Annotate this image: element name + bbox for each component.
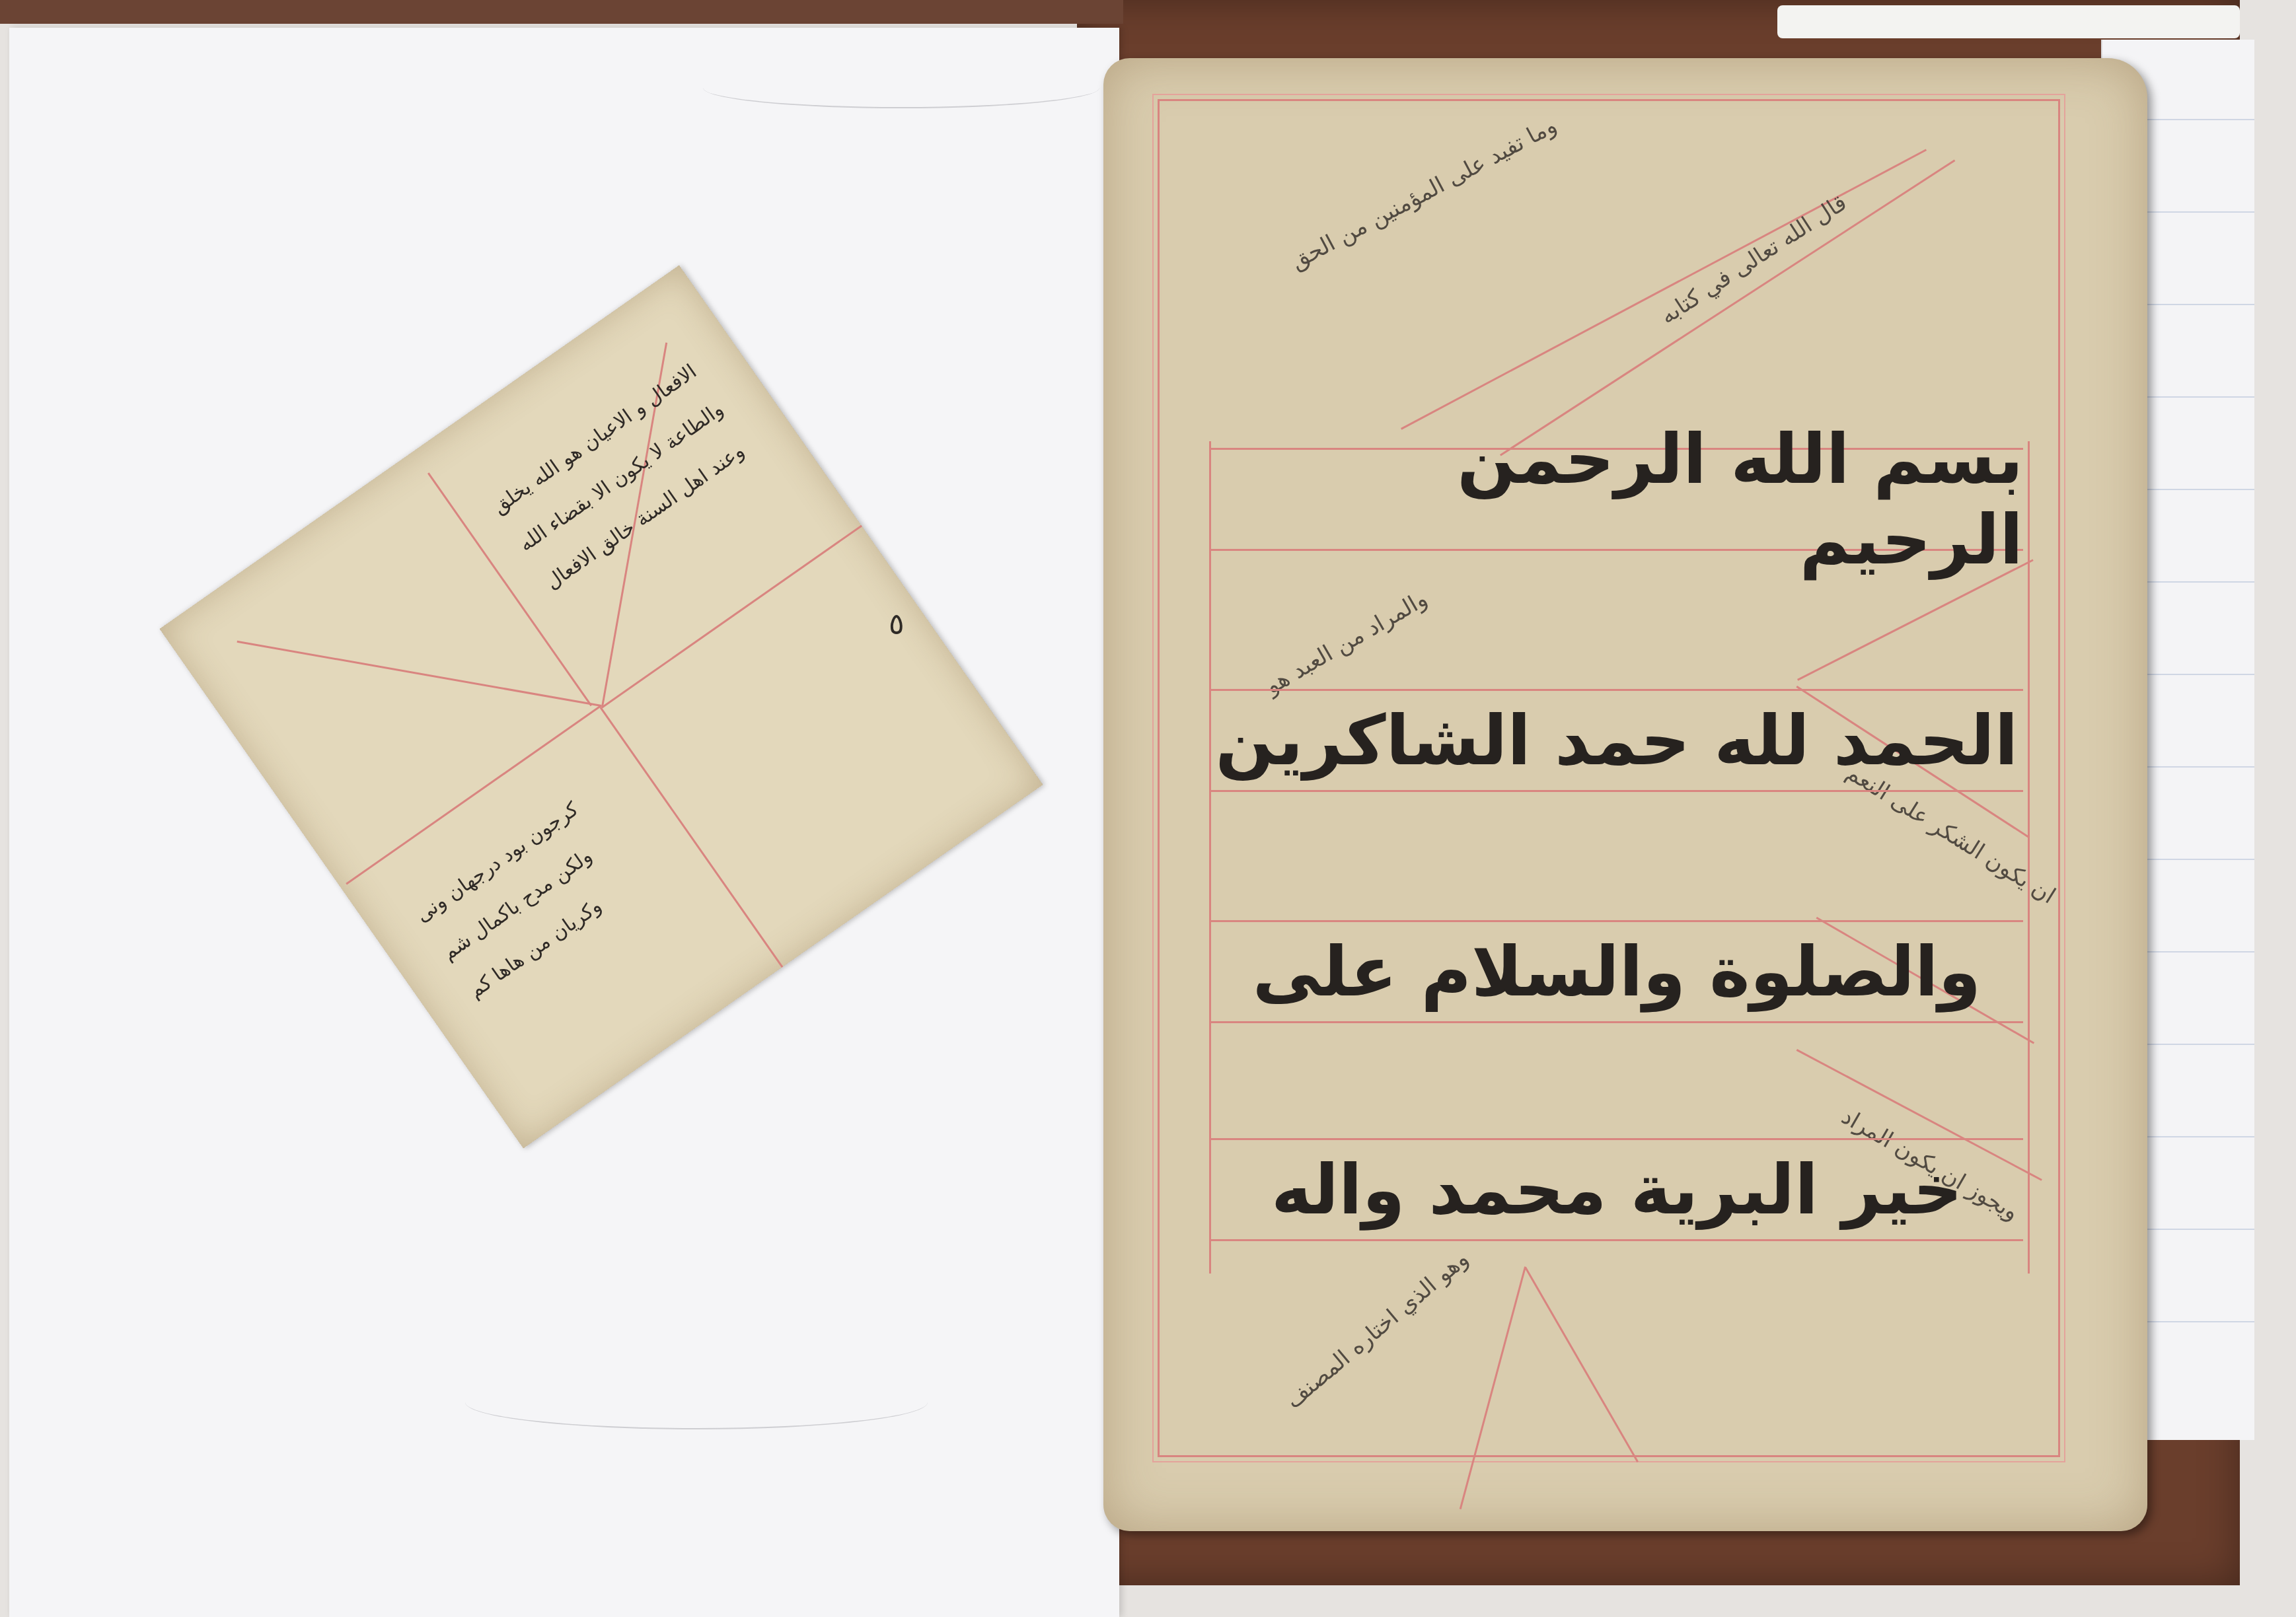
paper-crease [703,67,1099,108]
folder-top-edge [0,0,1123,24]
folio-number: ٥ [889,608,905,641]
heading-box-hamd: الحمد لله حمد الشاكرين [1210,689,2023,792]
heading-text: خير البرية محمد واله [1271,1149,1962,1230]
heading-text: بسم الله الرحمن الرحيم [1210,419,2023,580]
fragment-sheet: الافعال و الاعيان هو الله يخلق والطاعة ل… [159,265,1043,1148]
heading-box-basmala: بسم الله الرحمن الرحيم [1210,448,2023,551]
heading-box-khayr: خير البرية محمد واله [1210,1138,2023,1241]
paper-crease [465,1375,928,1429]
manuscript-page: وما تفيد على المؤمنين من الحق قال الله ت… [1103,58,2147,1531]
heading-text: والصلوة والسلام على [1253,931,1981,1012]
manuscript-fragment: الافعال و الاعيان هو الله يخلق والطاعة ل… [165,277,1024,1136]
tape-strip [1777,5,2240,38]
heading-box-salat: والصلوة والسلام على [1210,920,2023,1023]
heading-text: الحمد لله حمد الشاكرين [1216,700,2018,781]
